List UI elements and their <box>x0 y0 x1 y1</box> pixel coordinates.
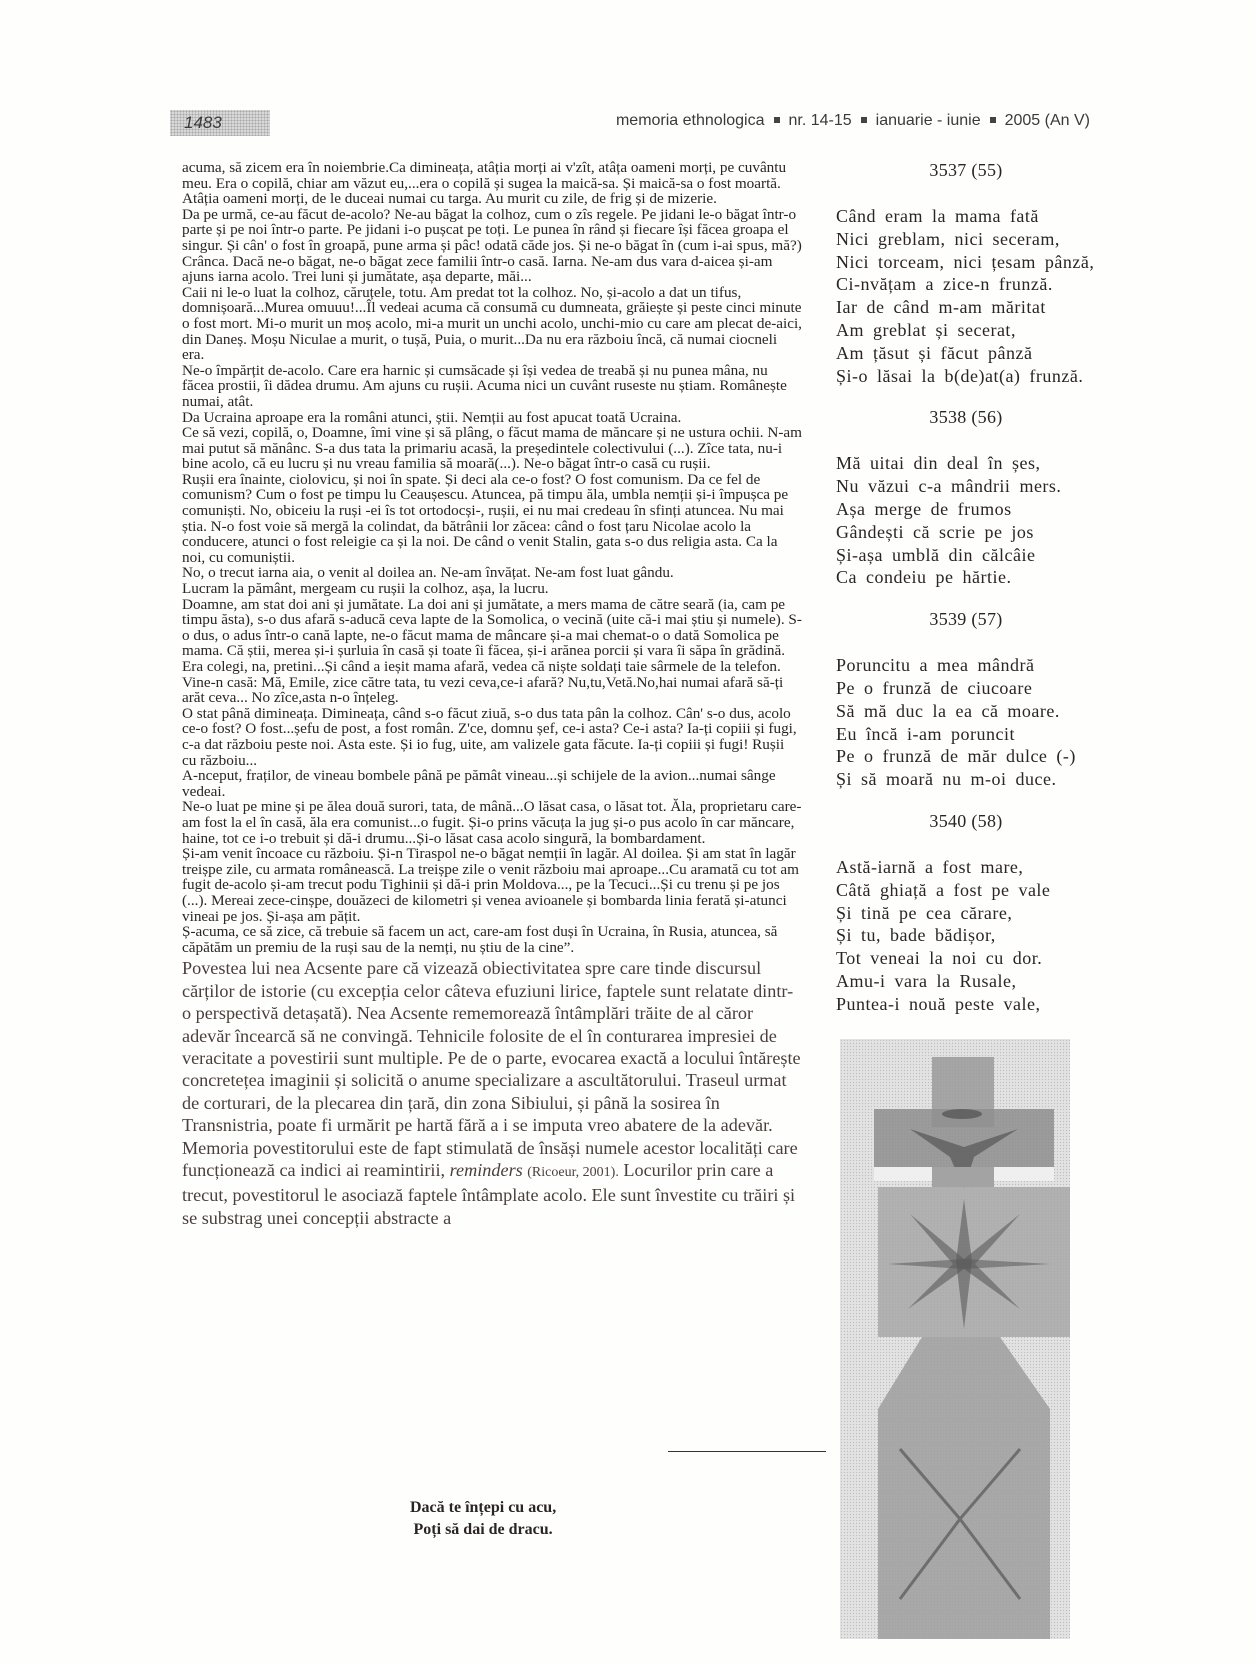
poem-line: Nici greblam, nici seceram, <box>836 228 1096 251</box>
citation: (Ricoeur, 2001). <box>527 1165 619 1180</box>
poem-line: Ci-nvățam a zice-n frunză. <box>836 273 1096 296</box>
essay-commentary: Povestea lui nea Acsente pare că vizează… <box>182 957 802 1229</box>
transcript-paragraph: Caii ni le-o luat la colhoz, căruțele, t… <box>182 285 802 363</box>
poem-line: Astă-iarnă a fost mare, <box>836 856 1096 879</box>
transcript-paragraph: Da Ucraina aproape era la români atunci,… <box>182 410 802 426</box>
poem-number: 3540 (58) <box>836 811 1096 832</box>
transcript-paragraph: Ne-o luat pe mine și pe ălea două surori… <box>182 799 802 846</box>
transcript-paragraph: Ș-acuma, ce să zice, că trebuie să facem… <box>182 924 802 955</box>
proverb-line: Poți să dai de dracu. <box>410 1519 556 1541</box>
issue-period: ianuarie - iunie <box>876 112 981 129</box>
transcript-paragraph: acuma, să zicem era în noiembrie.Ca dimi… <box>182 160 802 207</box>
transcript-paragraph: Ne-o împărțit de-acolo. Care era harnic … <box>182 363 802 410</box>
poem-line: Nu văzui c-a mândrii mers. <box>836 475 1096 498</box>
interview-transcript: acuma, să zicem era în noiembrie.Ca dimi… <box>182 160 802 955</box>
poem-line: Și-o lăsai la b(de)at(a) frunză. <box>836 365 1096 388</box>
proverb-line: Dacă te înțepi cu acu, <box>410 1497 556 1519</box>
poem-line: Și tină pe cea cărare, <box>836 902 1096 925</box>
transcript-paragraph: Da pe urmă, ce-au făcut de-acolo? Ne-au … <box>182 207 802 285</box>
poem: 3538 (56) Mă uitai din deal în șes, Nu v… <box>836 407 1096 589</box>
poem-line: Amu-i vara la Rusale, <box>836 970 1096 993</box>
transcript-paragraph: Rușii era înainte, ciolovicu, și noi în … <box>182 472 802 566</box>
issue-year: 2005 (An V) <box>1005 112 1090 129</box>
poem-line: Eu încă i-am poruncit <box>836 723 1096 746</box>
transcript-paragraph: Și-am venit încoace cu războiu. Și-n Tir… <box>182 846 802 924</box>
right-column-poems: 3537 (55) Când eram la mama fată Nici gr… <box>836 160 1096 1036</box>
poem-line: Mă uitai din deal în șes, <box>836 452 1096 475</box>
poem-line: Iar de când m-am măritat <box>836 296 1096 319</box>
poem-line: Așa merge de frumos <box>836 498 1096 521</box>
poem-line: Poruncitu a mea mândră <box>836 654 1096 677</box>
poem-line: Și tu, bade bădișor, <box>836 924 1096 947</box>
transcript-paragraph: Lucram la pământ, mergeam cu rușii la co… <box>182 581 802 597</box>
poem-line: Ca condeiu pe hărtie. <box>836 566 1096 589</box>
journal-page: 1483 memoria ethnologicanr. 14-15ianuari… <box>0 0 1255 1664</box>
italic-term: reminders <box>450 1160 523 1180</box>
transcript-paragraph: No, o trecut iarna aia, o venit al doile… <box>182 565 802 581</box>
left-column: acuma, să zicem era în noiembrie.Ca dimi… <box>182 160 802 1229</box>
poem-line: Tot veneai la noi cu dor. <box>836 947 1096 970</box>
poem-line: Gândești că scrie pe jos <box>836 521 1096 544</box>
carved-cross-photo <box>840 1039 1070 1639</box>
transcript-paragraph: Ce să vezi, copilă, o, Doamne, îmi vine … <box>182 425 802 472</box>
essay-text: Povestea lui nea Acsente pare că vizează… <box>182 958 801 1180</box>
poem-line: Am greblat și secerat, <box>836 319 1096 342</box>
square-bullet-icon <box>861 117 867 123</box>
proverb: Dacă te înțepi cu acu, Poți să dai de dr… <box>410 1497 556 1541</box>
page-number: 1483 <box>170 110 270 136</box>
poem: 3540 (58) Astă-iarnă a fost mare, Câtă g… <box>836 811 1096 1016</box>
poem-line: Nici torceam, nici țesam pânză, <box>836 251 1096 274</box>
poem-number: 3537 (55) <box>836 160 1096 181</box>
square-bullet-icon <box>990 117 996 123</box>
poem-line: Și să moară nu m-oi duce. <box>836 768 1096 791</box>
transcript-paragraph: O stat până dimineața. Dimineața, când s… <box>182 706 802 768</box>
poem-number: 3539 (57) <box>836 609 1096 630</box>
poem-line: Pe o frunză de măr dulce (-) <box>836 745 1096 768</box>
poem-line: Pe o frunză de ciucoare <box>836 677 1096 700</box>
poem-line: Puntea-i nouă peste vale, <box>836 993 1096 1016</box>
poem-line: Am țăsut și făcut pânză <box>836 342 1096 365</box>
issue-number: nr. 14-15 <box>789 112 852 129</box>
poem: 3537 (55) Când eram la mama fată Nici gr… <box>836 160 1096 387</box>
page-header: 1483 memoria ethnologicanr. 14-15ianuari… <box>160 108 1090 138</box>
square-bullet-icon <box>774 117 780 123</box>
wooden-cross-icon <box>840 1039 1070 1639</box>
running-head: memoria ethnologicanr. 14-15ianuarie - i… <box>616 112 1090 130</box>
essay-paragraph: Povestea lui nea Acsente pare că vizează… <box>182 957 802 1229</box>
transcript-paragraph: A-nceput, fraților, de vineau bombele pâ… <box>182 768 802 799</box>
footnote-divider <box>668 1451 826 1452</box>
poem-line: Câtă ghiață a fost pe vale <box>836 879 1096 902</box>
journal-title: memoria ethnologica <box>616 112 765 129</box>
poem-line: Când eram la mama fată <box>836 205 1096 228</box>
transcript-paragraph: Doamne, am stat doi ani și jumătate. La … <box>182 597 802 706</box>
poem: 3539 (57) Poruncitu a mea mândră Pe o fr… <box>836 609 1096 791</box>
poem-line: Să mă duc la ea că moare. <box>836 700 1096 723</box>
poem-number: 3538 (56) <box>836 407 1096 428</box>
poem-line: Și-așa umblă din călcâie <box>836 544 1096 567</box>
